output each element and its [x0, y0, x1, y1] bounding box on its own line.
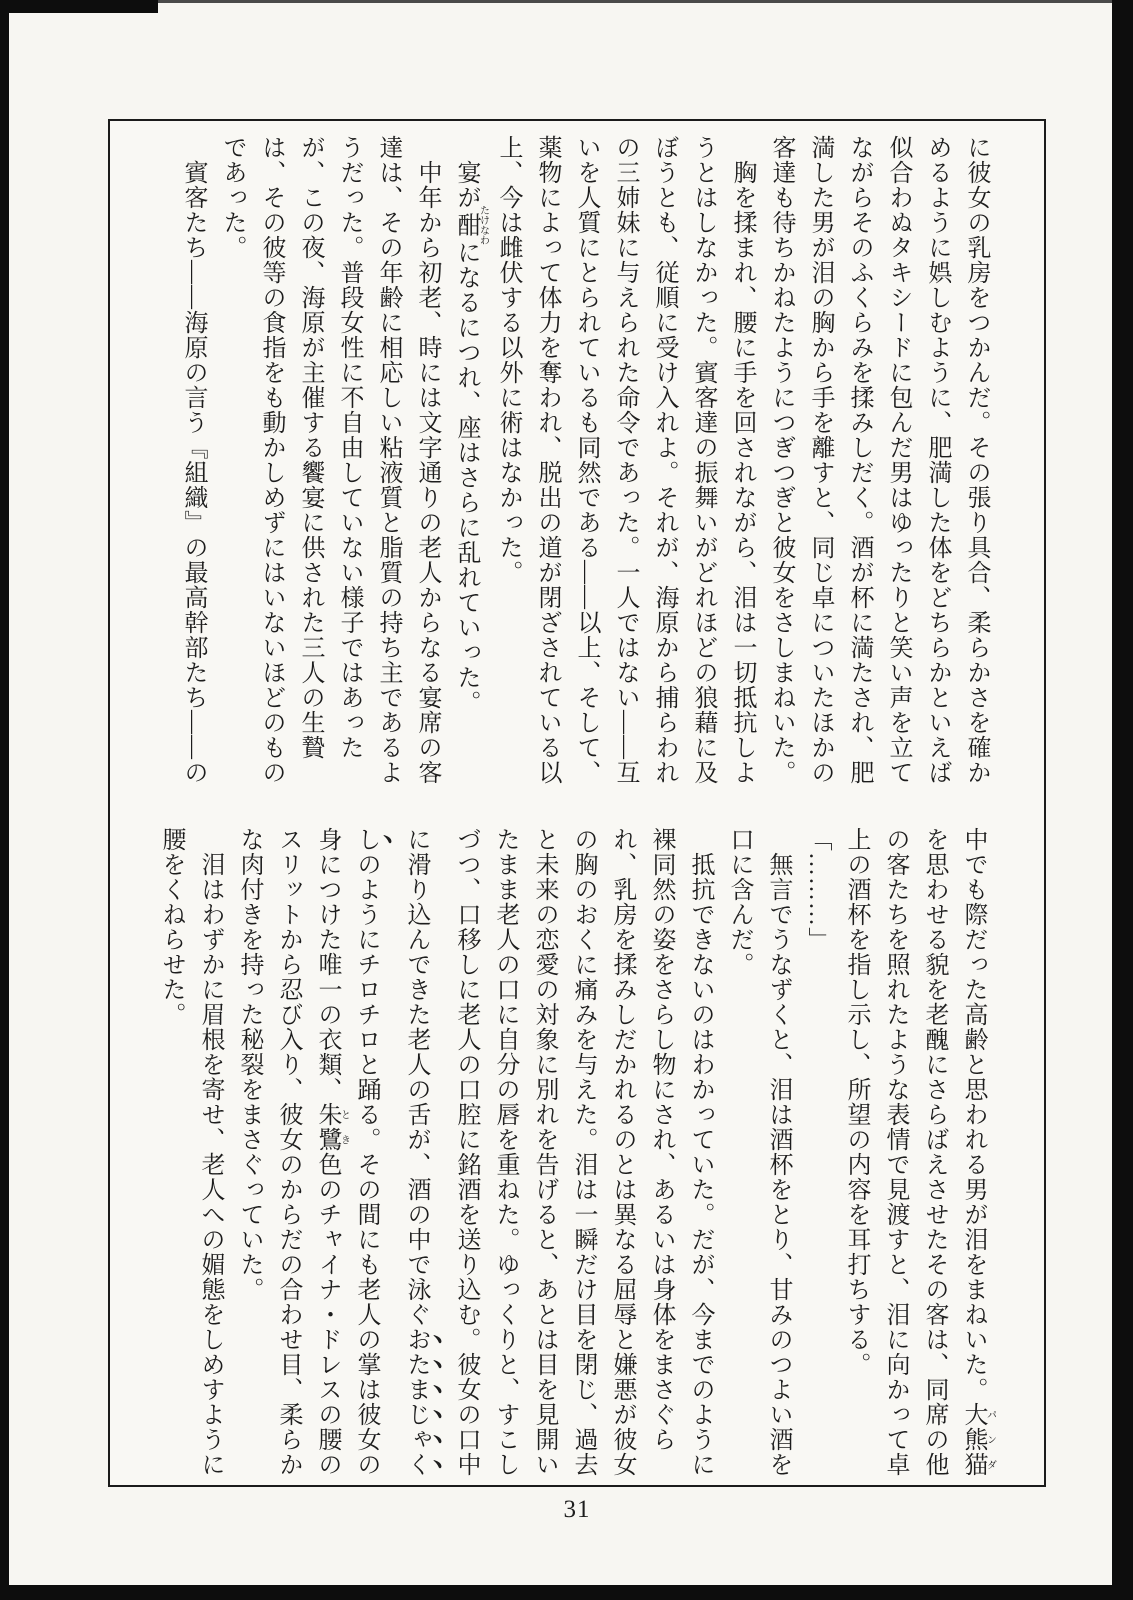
paragraph: 無言でうなずくと、泪は酒杯をとり、甘みのつよい酒を口に含んだ。 [719, 827, 797, 1485]
paragraph: 宴が酣たけなわになるにつれ、座はさらに乱れていった。 [446, 135, 488, 793]
paragraph: 中でも際だった高齢と思われる男が泪をまねいた。大熊猫パンダを思わせる貌を老醜にさ… [836, 827, 995, 1485]
scan-artifact-right-edge [1112, 0, 1133, 1600]
scan-artifact-left-edge [0, 0, 9, 1600]
scan-artifact-bottom-edge [0, 1585, 1133, 1600]
paragraph: 抵抗できないのはわかっていた。だが、今までのように裸同然の姿をさらし物にされ、あ… [229, 827, 719, 1485]
text-tier-lower: 中でも際だった高齢と思われる男が泪をまねいた。大熊猫パンダを思わせる貌を老醜にさ… [151, 827, 995, 1485]
paragraph: 賓客たち――海原の言う『組織』の最高幹部たち――の [173, 135, 212, 793]
emphasized-word: おたまじゃくし [353, 827, 429, 1477]
page-number: 31 [108, 1496, 1046, 1524]
text-tier-upper: に彼女の乳房をつかんだ。その張り具合、柔らかさを確かめるように娯しむように、肥満… [173, 135, 995, 793]
scanned-page: に彼女の乳房をつかんだ。その張り具合、柔らかさを確かめるように娯しむように、肥満… [0, 0, 1133, 1600]
paragraph: 泪はわずかに眉根を寄せ、老人への媚態をしめすように腰をくねらせた。 [151, 827, 229, 1485]
paragraph: 胸を揉まれ、腰に手を回されながら、泪は一切抵抗しようとはしなかった。賓客達の振舞… [488, 135, 761, 793]
scan-artifact-top-line [0, 0, 1133, 3]
ruby-annotated-word: 酣たけなわ [453, 210, 479, 240]
ruby-annotated-word: 朱鷺とき [314, 1102, 340, 1152]
scan-artifact-top-left [0, 0, 158, 13]
paragraph: に彼女の乳房をつかんだ。その張り具合、柔らかさを確かめるように娯しむように、肥満… [761, 135, 995, 793]
paragraph: 中年から初老、時には文字通りの老人からなる宴席の客達は、その年齢に相応しい粘液質… [212, 135, 446, 793]
ruby-annotated-word: 大熊猫パンダ [960, 1402, 986, 1477]
paragraph: 「………」 [797, 827, 836, 1485]
text-frame: に彼女の乳房をつかんだ。その張り具合、柔らかさを確かめるように娯しむように、肥満… [108, 119, 1046, 1487]
